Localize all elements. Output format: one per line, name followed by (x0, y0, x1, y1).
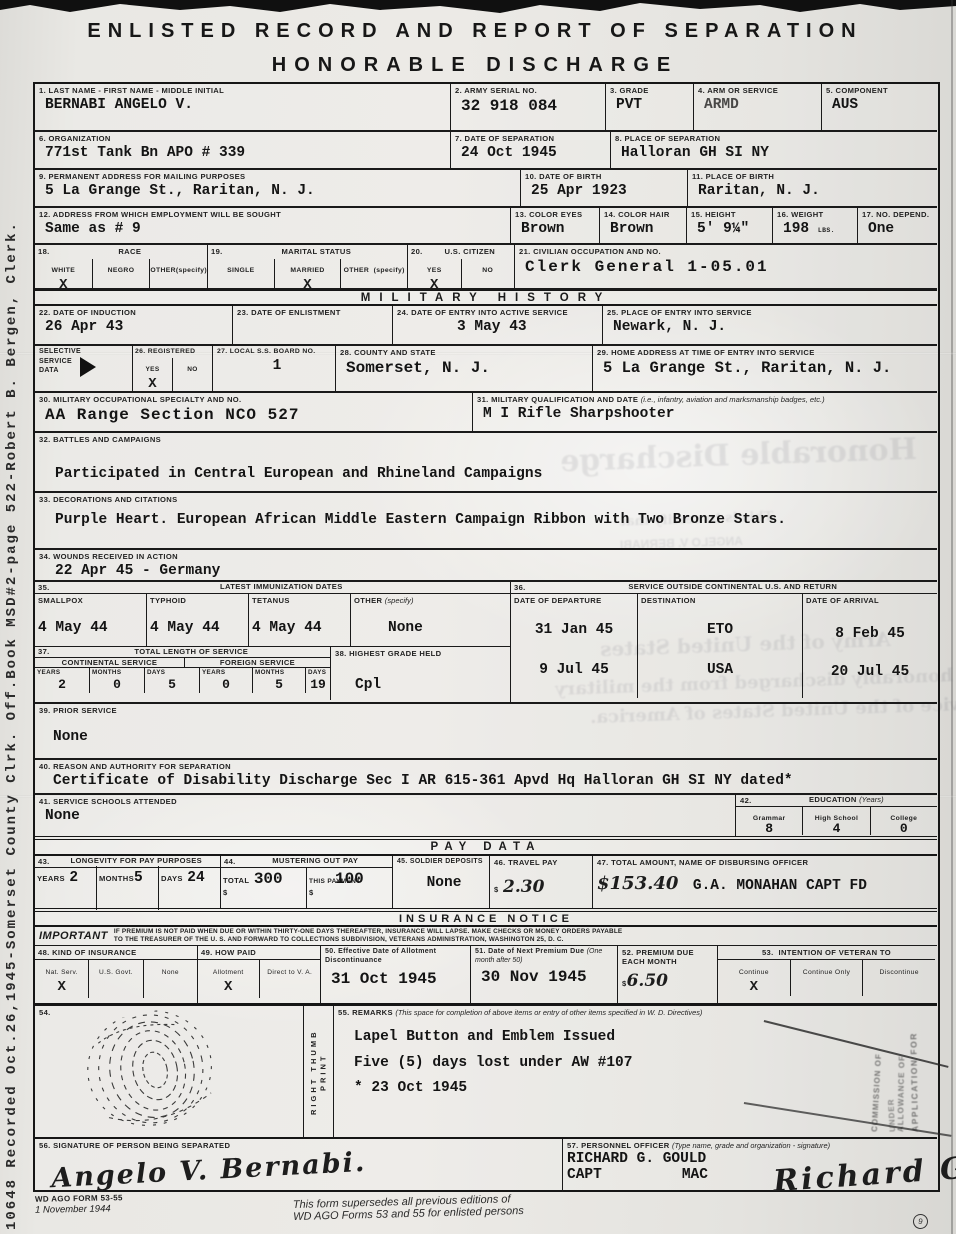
recording-margin-note: 10648 Recorded Oct.26,1945-Somerset Coun… (4, 70, 20, 1230)
form-date: 1 November 1944 (35, 1203, 123, 1216)
field-battles-campaigns: 32. BATTLES AND CAMPAIGNS Participated i… (35, 433, 937, 491)
immunization-smallpox: SMALLPOX4 May 44 (35, 594, 147, 646)
service-outside-title: SERVICE OUTSIDE CONTINENTAL U.S. AND RET… (529, 582, 937, 593)
field-personnel-officer: 57. PERSONNEL OFFICER (Type name, grade … (562, 1139, 937, 1192)
field-intention-of-veteran: 53. INTENTION OF VETERAN TO ContinueX Co… (717, 946, 935, 1003)
field-marital-status: 19.MARITAL STATUS SINGLE MARRIEDX OTHER … (207, 245, 407, 288)
value-pob: Raritan, N. J. (698, 183, 933, 199)
value-place-separation: Halloran GH SI NY (621, 145, 933, 161)
section-military-history: MILITARY HISTORY (35, 290, 937, 306)
field-place-entry-service: 25. PLACE OF ENTRY INTO SERVICE Newark, … (602, 306, 937, 344)
field-reason-authority-separation: 40. REASON AND AUTHORITY FOR SEPARATION … (35, 760, 937, 793)
field-premium-due: 52. PREMIUM DUE EACH MONTH $6.50 (617, 946, 717, 1003)
value-total-amount: $153.40 (597, 873, 678, 894)
mustering-total: TOTAL 300$ (221, 868, 307, 908)
value-name: BERNABI ANGELO V. (45, 97, 446, 113)
value-dependents: One (868, 221, 933, 237)
remarks-line: Lapel Button and Emblem Issued (354, 1025, 933, 1050)
field-soldier-deposits: 45. SOLDIER DEPOSITS None (392, 856, 489, 908)
value-induction: 26 Apr 43 (45, 319, 228, 335)
value-allotment-date: 31 Oct 1945 (331, 970, 466, 988)
field-date-of-induction: 22. DATE OF INDUCTION 26 Apr 43 (35, 306, 232, 344)
field-weight: 16. WEIGHT 198 LBS. (772, 208, 857, 243)
discharge-document-page: Honorable Discharge This is to certify t… (0, 0, 956, 1234)
field-how-paid: 49. HOW PAID AllotmentX Direct to V. A. (197, 946, 320, 1003)
value-address: 5 La Grange St., Raritan, N. J. (45, 183, 516, 199)
value-qualification: M I Rifle Sharpshooter (483, 406, 933, 422)
field-next-premium-due: 51. Date of Next Premium Due (One month … (470, 946, 617, 1003)
value-county: Somerset, N. J. (346, 359, 588, 377)
field-height: 15. HEIGHT 5' 9¼" (686, 208, 772, 243)
immunization-typhoid: TYPHOID4 May 44 (147, 594, 249, 646)
registered-yes: YESX (133, 358, 172, 391)
arrow-right-icon (80, 357, 96, 377)
thumb-print-label-cell: RIGHT THUMB PRINT (303, 1006, 333, 1137)
citizen-option-no: NO (461, 259, 515, 288)
field-date-entry-active-service: 24. DATE OF ENTRY INTO ACTIVE SERVICE 3 … (392, 306, 602, 344)
insurance-us-govt: U.S. Govt. (89, 960, 143, 998)
remarks-line: Five (5) days lost under AW #107 (354, 1051, 933, 1076)
form-body: 1. LAST NAME - FIRST NAME - MIDDLE INITI… (33, 82, 940, 1192)
pen-strike-line (744, 1102, 952, 1136)
value-arm: ARMD (704, 97, 817, 113)
value-disbursing-officer: G.A. MONAHAN CAPT FD (693, 878, 867, 894)
value-eyes: Brown (521, 221, 595, 237)
field-remarks: 55. REMARKS (This space for completion o… (333, 1006, 937, 1137)
field-last-name: 1. LAST NAME - FIRST NAME - MIDDLE INITI… (35, 84, 450, 130)
value-weight: 198 LBS. (783, 221, 853, 237)
x-mark: X (133, 376, 172, 392)
x-mark: X (199, 979, 258, 995)
supersedes-note: This form supersedes all previous editio… (293, 1193, 524, 1223)
field-us-citizen: 20.U.S. CITIZEN YESX NO (407, 245, 514, 288)
longevity-days: DAYS 24 (159, 866, 220, 910)
field-registered: 26. REGISTERED YESX NO (132, 346, 212, 391)
longevity-months: MONTHS5 (97, 866, 159, 910)
value-battles: Participated in Central European and Rhi… (55, 466, 933, 482)
field-employment-address: 12. ADDRESS FROM WHICH EMPLOYMENT WILL B… (35, 208, 510, 243)
rotated-ink-stamp: COMMISSION OF UNDER ALLOWANCE OF APPLICA… (873, 1014, 919, 1132)
value-employment-address: Same as # 9 (45, 221, 506, 237)
document-subtitle: HONORABLE DISCHARGE (35, 54, 915, 77)
field-date-of-birth: 10. DATE OF BIRTH 25 Apr 1923 (520, 170, 687, 206)
value-reason: Certificate of Disability Discharge Sec … (53, 773, 933, 789)
value-next-premium: 30 Nov 1945 (481, 968, 613, 986)
value-height: 5' 9¼" (697, 221, 768, 237)
col-date-of-arrival: DATE OF ARRIVAL 8 Feb 45 20 Jul 45 (803, 594, 937, 698)
registered-no: NO (172, 358, 212, 391)
value-grade: PVT (616, 97, 689, 113)
total-length-of-service: 37. TOTAL LENGTH OF SERVICE CONTINENTAL … (35, 647, 330, 700)
paper-right-edge (951, 0, 953, 1234)
value-board-no: 1 (223, 358, 331, 374)
value-place-entry: Newark, N. J. (613, 319, 933, 335)
field-grade: 3. GRADE PVT (605, 84, 693, 130)
field-local-board-no: 27. LOCAL S.S. BOARD NO. 1 (212, 346, 335, 391)
insurance-none: None (144, 960, 197, 998)
value-decorations: Purple Heart. European African Middle Ea… (55, 512, 933, 528)
insurance-nat-serv: Nat. Serv.X (35, 960, 89, 998)
field-date-of-enlistment: 23. DATE OF ENLISTMENT (232, 306, 392, 344)
field-longevity: 43. LONGEVITY FOR PAY PURPOSES YEARS 2 M… (35, 856, 220, 908)
education-college: College0 (871, 807, 937, 835)
value-serial: 32 918 084 (461, 97, 601, 115)
field-organization: 6. ORGANIZATION 771st Tank Bn APO # 339 (35, 132, 450, 168)
officer-org: MAC (682, 1167, 708, 1183)
field-color-hair: 14. COLOR HAIR Brown (599, 208, 686, 243)
intention-discontinue: Discontinue (863, 960, 935, 996)
field-mos: 30. MILITARY OCCUPATIONAL SPECIALTY AND … (35, 393, 472, 431)
important-word: IMPORTANT (39, 930, 108, 942)
field-wounds-received: 34. WOUNDS RECEIVED IN ACTION 22 Apr 45 … (35, 550, 937, 580)
field-home-address-entry: 29. HOME ADDRESS AT TIME OF ENTRY INTO S… (592, 346, 937, 391)
race-option-negro: NEGRO (92, 259, 150, 288)
page-mark: 9 (912, 1213, 930, 1231)
field-decorations-citations: 33. DECORATIONS AND CITATIONS Purple Hea… (35, 493, 937, 548)
marital-option-single: SINGLE (208, 259, 274, 288)
section-pay-data: PAY DATA (35, 840, 937, 856)
race-option-other: OTHER(specify) (149, 259, 207, 288)
intention-continue: ContinueX (718, 960, 791, 996)
remarks-line: * 23 Oct 1945 (354, 1076, 933, 1101)
field-allotment-discontinuance: 50. Effective Date of Allotment Disconti… (320, 946, 470, 1003)
marital-option-other: OTHER (specify) (340, 259, 407, 288)
field-service-schools: 41. SERVICE SCHOOLS ATTENDED None (35, 795, 735, 836)
value-premium: 6.50 (627, 971, 668, 991)
immunization-title: LATEST IMMUNIZATION DATES (53, 582, 510, 593)
torn-top-edge (0, 0, 956, 22)
immunization-tetanus: TETANUS4 May 44 (249, 594, 351, 646)
insurance-important-note: IMPORTANT IF PREMIUM IS NOT PAID WHEN DU… (35, 927, 937, 945)
value-home-address: 5 La Grange St., Raritan, N. J. (603, 359, 933, 377)
field-prior-service: 39. PRIOR SERVICE None (35, 704, 937, 758)
field-army-serial-no: 2. ARMY SERIAL NO. 32 918 084 (450, 84, 605, 130)
col-destination: DESTINATION ETO USA (638, 594, 803, 698)
field-place-of-birth: 11. PLACE OF BIRTH Raritan, N. J. (687, 170, 937, 206)
service-outside-us-block: 36. SERVICE OUTSIDE CONTINENTAL U.S. AND… (510, 582, 937, 702)
marital-option-married: MARRIEDX (274, 259, 341, 288)
field-kind-of-insurance: 48. KIND OF INSURANCE Nat. Serv.X U.S. G… (35, 946, 197, 1003)
field-mustering-out-pay: 44. MUSTERING OUT PAY TOTAL 300$ THIS PA… (220, 856, 392, 908)
selective-service-data-label: SELECTIVE SERVICE DATA (35, 346, 132, 391)
field-date-of-separation: 7. DATE OF SEPARATION 24 Oct 1945 (450, 132, 610, 168)
howpaid-direct-va: Direct to V. A. (260, 960, 321, 998)
immunization-and-service-block: 35. LATEST IMMUNIZATION DATES SMALLPOX4 … (35, 582, 510, 702)
field-signature-person-separated: 56. SIGNATURE OF PERSON BEING SEPARATED … (35, 1139, 562, 1192)
col-date-of-departure: DATE OF DEPARTURE 31 Jan 45 9 Jul 45 (511, 594, 638, 698)
citizen-option-yes: YESX (408, 259, 461, 288)
field-race: 18.RACE WHITEX NEGRO OTHER(specify) (35, 245, 207, 288)
race-option-white: WHITEX (35, 259, 92, 288)
value-hair: Brown (610, 221, 682, 237)
field-arm-or-service: 4. ARM OR SERVICE ARMD (693, 84, 821, 130)
field-thumb-print-box: 54. (35, 1006, 303, 1137)
field-highest-grade-held: 38. HIGHEST GRADE HELD Cpl (330, 647, 510, 700)
right-thumb-print-label: RIGHT THUMB PRINT (309, 1008, 328, 1136)
field-county-state: 28. COUNTY AND STATE Somerset, N. J. (335, 346, 592, 391)
value-organization: 771st Tank Bn APO # 339 (45, 145, 446, 161)
value-occupation: Clerk General 1-05.01 (525, 258, 933, 276)
field-education: 42. EDUCATION (Years) Grammar8 High Scho… (735, 795, 937, 836)
value-entry-active: 3 May 43 (457, 319, 598, 335)
education-grammar: Grammar8 (736, 807, 803, 835)
value-date-separation: 24 Oct 1945 (461, 145, 606, 161)
field-color-eyes: 13. COLOR EYES Brown (510, 208, 599, 243)
value-wounds: 22 Apr 45 - Germany (55, 563, 933, 579)
longevity-years: YEARS 2 (35, 866, 97, 910)
field-component: 5. COMPONENT AUS (821, 84, 937, 130)
field-place-of-separation: 8. PLACE OF SEPARATION Halloran GH SI NY (610, 132, 937, 168)
field-total-amount-disbursing-officer: 47. TOTAL AMOUNT, NAME OF DISBURSING OFF… (592, 856, 937, 908)
value-service-schools: None (45, 808, 731, 824)
value-dob: 25 Apr 1923 (531, 183, 683, 199)
education-high-school: High School4 (803, 807, 870, 835)
value-prior-service: None (53, 729, 933, 745)
section-insurance-notice: INSURANCE NOTICE (35, 912, 937, 927)
field-military-qualification: 31. MILITARY QUALIFICATION AND DATE (i.e… (472, 393, 937, 431)
immunization-other: OTHER (specify) None (351, 594, 510, 646)
officer-grade: CAPT (567, 1167, 602, 1183)
mustering-this-payment: THIS PAYMENT 100$ (307, 868, 392, 908)
howpaid-allotment: AllotmentX (198, 960, 260, 998)
field-permanent-address: 9. PERMANENT ADDRESS FOR MAILING PURPOSE… (35, 170, 520, 206)
field-dependents: 17. NO. DEPEND. One (857, 208, 937, 243)
value-travel-pay: 2.30 (503, 877, 544, 897)
value-mos: AA Range Section NCO 527 (45, 406, 468, 424)
x-mark: X (36, 979, 87, 995)
field-travel-pay: 46. TRAVEL PAY $ 2.30 (489, 856, 592, 908)
document-title: ENLISTED RECORD AND REPORT OF SEPARATION (35, 20, 915, 43)
value-component: AUS (832, 97, 933, 113)
x-mark: X (719, 979, 789, 995)
value-deposits: None (403, 875, 485, 891)
field-civilian-occupation: 21. CIVILIAN OCCUPATION AND NO. Clerk Ge… (514, 245, 937, 288)
intention-continue-only: Continue Only (791, 960, 864, 996)
